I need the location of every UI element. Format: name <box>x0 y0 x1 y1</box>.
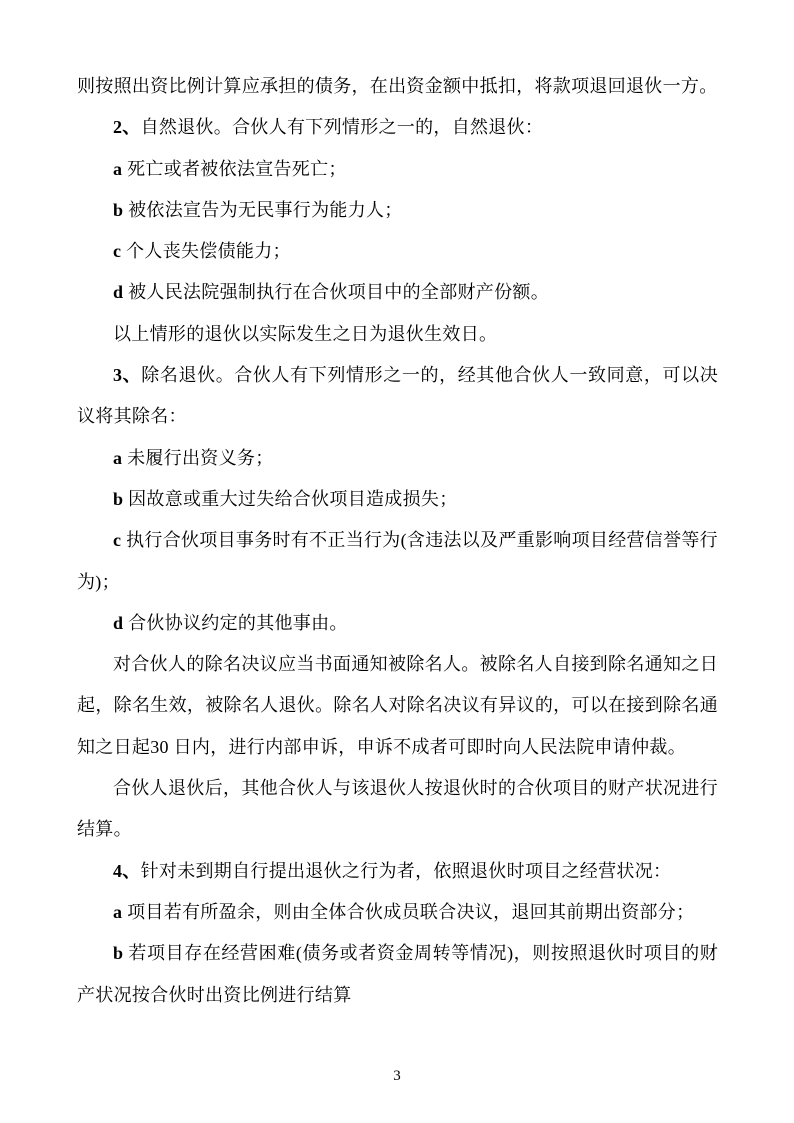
paragraph-text: 项目若有所盈余，则由全体合伙成员联合决议，退回其前期出资部分； <box>122 902 694 922</box>
paragraph-text: 对合伙人的除名决议应当书面通知被除名人。被除名人自接到除名通知之日起，除名生效，… <box>77 654 718 757</box>
paragraph: c 个人丧失偿债能力； <box>77 231 718 272</box>
paragraph-text: 被依法宣告为无民事行为能力人； <box>123 200 402 220</box>
paragraph-label: b <box>113 489 123 509</box>
document-page: 则按照出资比例计算应承担的债务，在出资金额中抵扣，将款项退回退伙一方。2、自然退… <box>0 0 794 1123</box>
paragraph-text: 合伙协议约定的其他事由。 <box>123 613 347 633</box>
paragraph: b 因故意或重大过失给合伙项目造成损失； <box>77 479 718 520</box>
paragraph-text: 自然退伙。合伙人有下列情形之一的，自然退伙： <box>141 117 544 137</box>
page-number: 3 <box>0 1066 794 1086</box>
paragraph-text: 则按照出资比例计算应承担的债务，在出资金额中抵扣，将款项退回退伙一方。 <box>77 76 718 96</box>
paragraph-text: 针对未到期自行提出退伙之行为者，依照退伙时项目之经营状况： <box>141 861 672 881</box>
paragraph-text: 合伙人退伙后，其他合伙人与该退伙人按退伙时的合伙项目的财产状况进行结算。 <box>77 778 718 839</box>
paragraph: a 死亡或者被依法宣告死亡； <box>77 149 718 190</box>
paragraph-label: a <box>113 902 122 922</box>
paragraph-text: 被人民法院强制执行在合伙项目中的全部财产份额。 <box>123 282 549 302</box>
paragraph: d 被人民法院强制执行在合伙项目中的全部财产份额。 <box>77 272 718 313</box>
paragraph-text: 若项目存在经营困难(债务或者资金周转等情况)，则按照退伙时项目的财产状况按合伙时… <box>77 943 718 1004</box>
paragraph-label: d <box>113 613 123 633</box>
paragraph: 2、自然退伙。合伙人有下列情形之一的，自然退伙： <box>77 107 718 148</box>
paragraph-label: b <box>113 943 123 963</box>
paragraph-text: 除名退伙。合伙人有下列情形之一的，经其他合伙人一致同意，可以决议将其除名： <box>77 365 718 426</box>
paragraph-label: a <box>113 159 122 179</box>
paragraph: 对合伙人的除名决议应当书面通知被除名人。被除名人自接到除名通知之日起，除名生效，… <box>77 644 718 768</box>
paragraph: a 未履行出资义务； <box>77 438 718 479</box>
paragraph: b 被依法宣告为无民事行为能力人； <box>77 190 718 231</box>
paragraph-text: 因故意或重大过失给合伙项目造成损失； <box>123 489 457 509</box>
paragraph: 4、针对未到期自行提出退伙之行为者，依照退伙时项目之经营状况： <box>77 851 718 892</box>
paragraph: b 若项目存在经营困难(债务或者资金周转等情况)，则按照退伙时项目的财产状况按合… <box>77 933 718 1016</box>
document-body: 则按照出资比例计算应承担的债务，在出资金额中抵扣，将款项退回退伙一方。2、自然退… <box>77 66 718 1016</box>
paragraph-text: 个人丧失偿债能力； <box>121 241 291 261</box>
paragraph-text: 未履行出资义务； <box>122 448 273 468</box>
paragraph-label: 2、 <box>113 117 141 137</box>
paragraph-label: b <box>113 200 123 220</box>
paragraph-text: 以上情形的退伙以实际发生之日为退伙生效日。 <box>113 324 497 344</box>
paragraph: 合伙人退伙后，其他合伙人与该退伙人按退伙时的合伙项目的财产状况进行结算。 <box>77 768 718 851</box>
paragraph: d 合伙协议约定的其他事由。 <box>77 603 718 644</box>
paragraph-label: a <box>113 448 122 468</box>
paragraph: 则按照出资比例计算应承担的债务，在出资金额中抵扣，将款项退回退伙一方。 <box>77 66 718 107</box>
paragraph: c 执行合伙项目事务时有不正当行为(含违法以及严重影响项目经营信誉等行为)； <box>77 520 718 603</box>
paragraph-label: 4、 <box>113 861 141 881</box>
paragraph: a 项目若有所盈余，则由全体合伙成员联合决议，退回其前期出资部分； <box>77 892 718 933</box>
paragraph-label: 3、 <box>113 365 141 385</box>
paragraph: 3、除名退伙。合伙人有下列情形之一的，经其他合伙人一致同意，可以决议将其除名： <box>77 355 718 438</box>
paragraph: 以上情形的退伙以实际发生之日为退伙生效日。 <box>77 314 718 355</box>
paragraph-text: 死亡或者被依法宣告死亡； <box>122 159 346 179</box>
paragraph-label: d <box>113 282 123 302</box>
paragraph-text: 执行合伙项目事务时有不正当行为(含违法以及严重影响项目经营信誉等行为)； <box>77 530 718 591</box>
